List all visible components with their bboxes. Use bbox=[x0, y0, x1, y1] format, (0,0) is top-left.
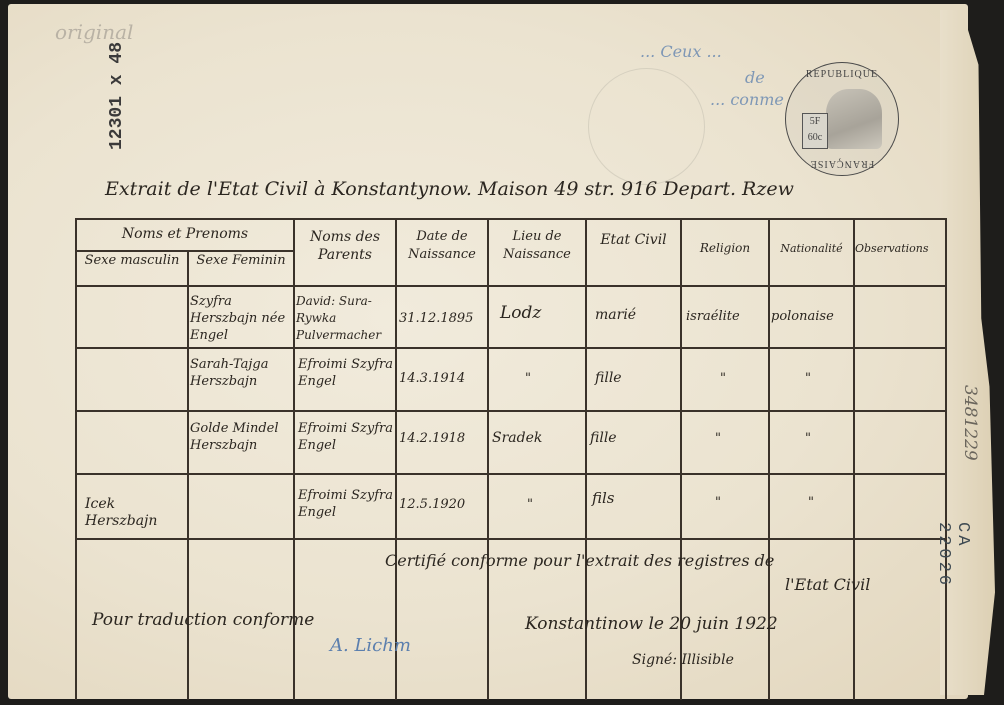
header-sexe-feminin: Sexe Feminin bbox=[189, 252, 293, 269]
seal-value-line-2: 60c bbox=[803, 130, 827, 146]
col-line-1 bbox=[187, 250, 189, 700]
header-nationalite: Nationalité bbox=[770, 240, 853, 257]
row-3-parents: Efroimi Szyfra Engel bbox=[298, 420, 393, 454]
stamp-number: 12301 x 48 bbox=[107, 42, 127, 150]
row-2-bottom-line bbox=[75, 410, 945, 412]
header-religion: Religion bbox=[682, 240, 768, 257]
row-1-bottom-line bbox=[75, 347, 945, 349]
row-4-masculin: Icek Herszbajn bbox=[85, 496, 185, 530]
certification-line-2: l'Etat Civil bbox=[785, 575, 870, 594]
row-2-etat-civil: fille bbox=[595, 370, 622, 387]
header-lieu-naissance: Lieu de Naissance bbox=[489, 228, 585, 264]
row-2-nationalite: " bbox=[805, 370, 811, 387]
col-line-3 bbox=[395, 218, 397, 700]
embossed-seal bbox=[588, 68, 705, 185]
row-1-date: 31.12.1895 bbox=[399, 310, 473, 327]
row-1-feminin: Szyfra Herszbajn née Engel bbox=[190, 293, 290, 344]
seal-bottom-text: FRANÇAISE bbox=[786, 158, 898, 169]
header-parents: Noms des Parents bbox=[295, 228, 395, 264]
row-1-nationalite: polonaise bbox=[771, 308, 834, 325]
row-1-lieu: Lodz bbox=[500, 305, 541, 322]
header-date-naissance: Date de Naissance bbox=[397, 228, 487, 264]
row-2-parents: Efroimi Szyfra Engel bbox=[298, 356, 393, 390]
blue-annotation-line-2: de bbox=[745, 68, 765, 87]
row-2-date: 14.3.1914 bbox=[399, 370, 465, 387]
col-line-0 bbox=[75, 218, 77, 700]
header-noms-prenoms: Noms et Prenoms bbox=[77, 226, 293, 243]
row-1-etat-civil: marié bbox=[595, 307, 636, 324]
row-4-religion: " bbox=[715, 494, 721, 511]
document-title: Extrait de l'Etat Civil à Konstantynow. … bbox=[105, 178, 794, 200]
row-3-feminin: Golde Mindel Herszbajn bbox=[190, 420, 290, 454]
translation-note: Pour traduction conforme bbox=[92, 610, 314, 630]
row-3-date: 14.2.1918 bbox=[399, 430, 465, 447]
row-4-bottom-line bbox=[75, 538, 945, 540]
row-3-bottom-line bbox=[75, 473, 945, 475]
translator-signature: A. Lichm bbox=[330, 635, 411, 656]
header-bottom-line bbox=[75, 285, 945, 287]
row-3-religion: " bbox=[715, 430, 721, 447]
torn-paper-edge bbox=[940, 10, 995, 695]
col-line-9 bbox=[945, 218, 947, 700]
seal-figure-icon bbox=[826, 89, 882, 149]
row-2-lieu: " bbox=[525, 370, 531, 387]
col-line-8 bbox=[853, 218, 855, 700]
pencil-note: original bbox=[55, 20, 133, 44]
header-observations: Observations bbox=[855, 240, 955, 257]
blue-annotation-line-3: ... conme bbox=[710, 90, 784, 109]
signed-illisible: Signé: Illisible bbox=[632, 652, 734, 668]
table-border-top bbox=[75, 218, 945, 220]
fiscal-stamp-seal: REPUBLIQUE 5F 60c FRANÇAISE bbox=[785, 62, 899, 176]
row-4-lieu: " bbox=[527, 496, 533, 513]
row-3-etat-civil: fille bbox=[590, 430, 617, 447]
row-4-etat-civil: fils bbox=[592, 490, 615, 507]
row-4-nationalite: " bbox=[808, 494, 814, 511]
row-4-parents: Efroimi Szyfra Engel bbox=[298, 487, 393, 521]
col-line-4 bbox=[487, 218, 489, 700]
row-1-religion: israélite bbox=[686, 308, 740, 325]
blue-annotation-line-1: ... Ceux ... bbox=[640, 42, 722, 61]
seal-top-text: REPUBLIQUE bbox=[786, 69, 898, 80]
row-1-parents: David: Sura-Rywka Pulvermacher bbox=[296, 293, 395, 344]
row-3-lieu: Sradek bbox=[492, 430, 542, 447]
row-2-feminin: Sarah-Tajga Herszbajn bbox=[190, 356, 290, 390]
header-sexe-masculin: Sexe masculin bbox=[77, 252, 187, 269]
header-etat-civil: Etat Civil bbox=[587, 230, 680, 250]
row-4-date: 12.5.1920 bbox=[399, 496, 465, 513]
seal-value: 5F 60c bbox=[802, 113, 828, 149]
seal-value-line-1: 5F bbox=[803, 114, 827, 130]
row-2-religion: " bbox=[720, 370, 726, 387]
place-and-date: Konstantinow le 20 juin 1922 bbox=[525, 614, 778, 634]
certification-line-1: Certifié conforme pour l'extrait des reg… bbox=[385, 551, 774, 570]
pencil-side-number: 3481229 bbox=[960, 385, 980, 461]
row-3-nationalite: " bbox=[805, 430, 811, 447]
serial-number: CA 22026 bbox=[934, 522, 972, 588]
